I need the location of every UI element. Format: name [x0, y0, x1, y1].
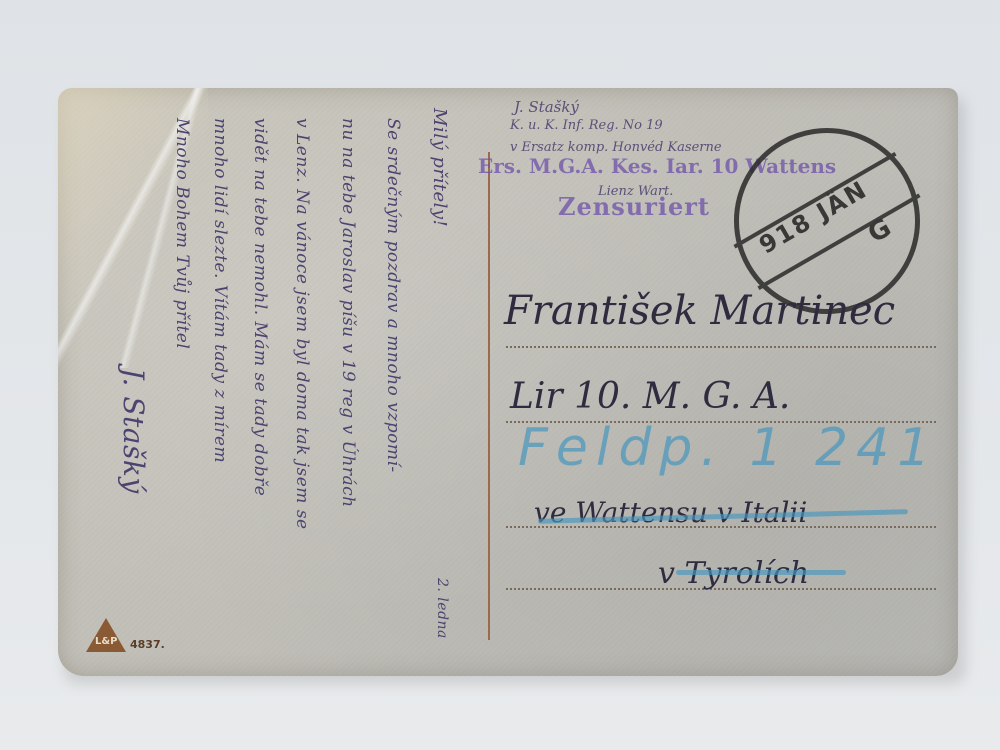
blue-strike — [676, 570, 846, 575]
sender-line: v Ersatz komp. Honvéd Kaserne — [510, 140, 722, 155]
message-signature: J. Stašký — [117, 368, 150, 494]
recipient-name: František Martinec — [504, 288, 895, 334]
message-line: mnoho lidí slezte. Vítám tady z mírem — [210, 118, 230, 463]
message-line: Se srdečným pozdrav a mnoho vzpomí- — [383, 118, 403, 473]
handwritten-message: Milý přítely! 2. ledna Se srdečným pozdr… — [98, 108, 478, 668]
postcard: Milý přítely! 2. ledna Se srdečným pozdr… — [58, 88, 958, 676]
sender-initials: J. Stašký — [514, 98, 579, 116]
message-date: 2. ledna — [434, 578, 450, 639]
recipient-unit: Lir 10. M. G. A. — [510, 376, 790, 417]
message-line: vidět na tebe nemohl. Mám se tady dobře — [250, 118, 270, 496]
message-greeting: Milý přítely! — [429, 108, 450, 227]
message-line: v Lenz. Na vánoce jsem byl doma tak jsem… — [292, 118, 312, 530]
publisher-number: 4837. — [130, 638, 165, 651]
blue-pencil-overwrite: Feldp. 1 241 — [518, 418, 938, 478]
address-line — [506, 346, 936, 348]
censor-stamp-line2: Zensuriert — [558, 192, 710, 221]
sender-line: K. u. K. Inf. Reg. No 19 — [510, 118, 663, 133]
center-divider — [488, 152, 490, 640]
publisher-logo-text: L&P — [95, 636, 117, 647]
message-line: nu na tebe Jaroslav píšu v 19 reg v Úhrá… — [338, 118, 358, 508]
message-line: Mnoho Bohem Tvůj přítel — [172, 118, 192, 349]
